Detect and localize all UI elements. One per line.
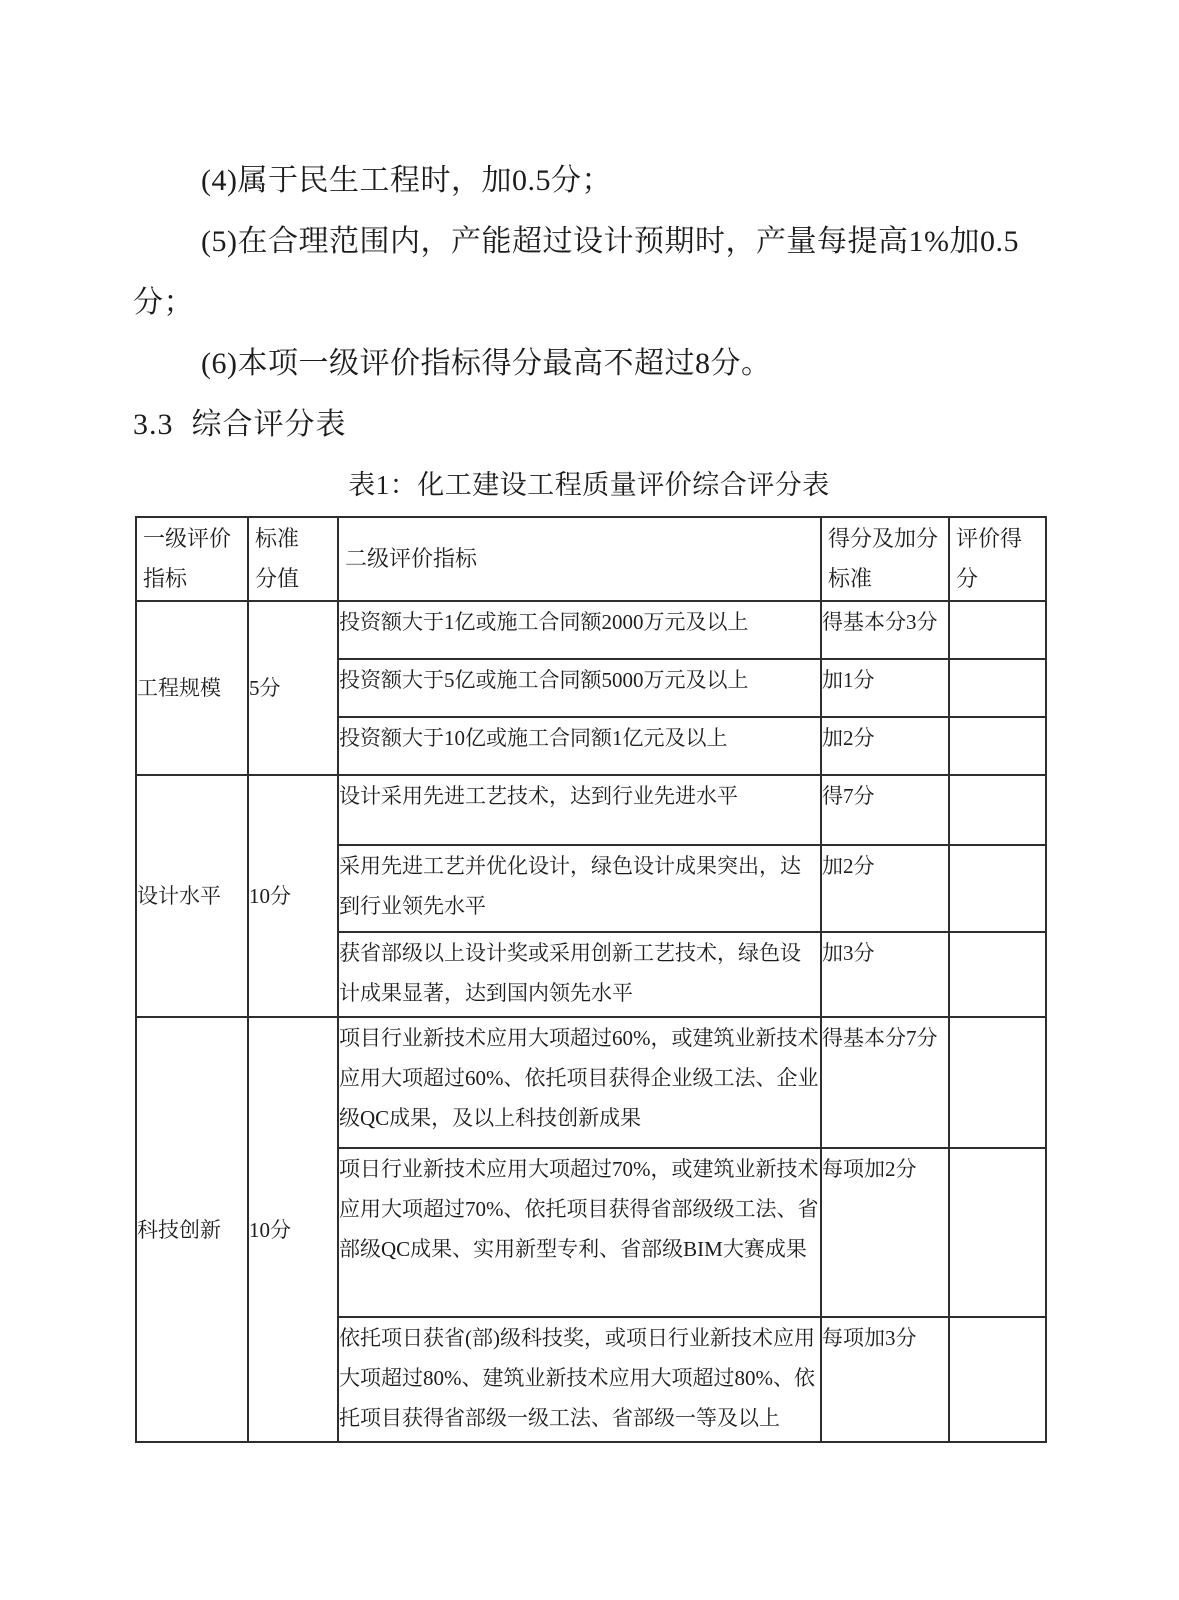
indicator-cell-project-scale: 工程规模 — [136, 601, 248, 775]
paragraph-item-5: (5)在合理范围内，产能超过设计预期时，产量每提高1%加0.5 分； — [133, 211, 1045, 333]
table-row: 科技创新 10分 项目行业新技术应用大项超过60%，或建筑业新技术应用大项超过6… — [136, 1017, 1046, 1148]
comprehensive-score-table: 一级评价 指标 标准 分值 二级评价指标 得分及加分 标准 评价得分 工程规模 … — [135, 516, 1047, 1443]
criteria-cell: 投资额大于5亿或施工合同额5000万元及以上 — [338, 659, 821, 717]
section-heading: 3.3综合评分表 — [133, 394, 1045, 455]
header-scoring-standard: 得分及加分 标准 — [821, 517, 949, 601]
table-caption: 表1：化工建设工程质量评价综合评分表 — [133, 455, 1045, 516]
criteria-cell: 项目行业新技术应用大项超过60%，或建筑业新技术应用大项超过60%、依托项目获得… — [338, 1017, 821, 1148]
result-cell — [949, 601, 1046, 659]
scoring-cell: 每项加2分 — [821, 1148, 949, 1317]
criteria-cell: 项日行业新技术应用大项超过70%，或建筑业新技术应用大项超过70%、依托项目获得… — [338, 1148, 821, 1317]
scoring-cell: 得基本分7分 — [821, 1017, 949, 1148]
scoring-cell: 得基本分3分 — [821, 601, 949, 659]
criteria-cell: 设计采用先进工艺技术，达到行业先进水平 — [338, 775, 821, 845]
header-evaluation-score: 评价得分 — [949, 517, 1046, 601]
scoring-cell: 加1分 — [821, 659, 949, 717]
result-cell — [949, 717, 1046, 775]
scoring-cell: 每项加3分 — [821, 1317, 949, 1442]
scoring-cell: 加2分 — [821, 845, 949, 932]
indicator-cell-tech-innovation: 科技创新 — [136, 1017, 248, 1442]
result-cell — [949, 659, 1046, 717]
scoring-cell: 加2分 — [821, 717, 949, 775]
header-secondary-indicator: 二级评价指标 — [338, 517, 821, 601]
section-number: 3.3 — [133, 408, 174, 441]
indicator-cell-design-level: 设计水平 — [136, 775, 248, 1017]
table-row: 设计水平 10分 设计采用先进工艺技术，达到行业先进水平 得7分 — [136, 775, 1046, 845]
section-title: 综合评分表 — [192, 408, 347, 441]
score-cell-tech-innovation: 10分 — [248, 1017, 338, 1442]
document-page: (4)属于民生工程时，加0.5分； (5)在合理范围内，产能超过设计预期时，产量… — [0, 0, 1179, 1600]
table-row: 工程规模 5分 投资额大于1亿或施工合同额2000万元及以上 得基本分3分 — [136, 601, 1046, 659]
result-cell — [949, 775, 1046, 845]
result-cell — [949, 845, 1046, 932]
criteria-cell: 投资额大于1亿或施工合同额2000万元及以上 — [338, 601, 821, 659]
result-cell — [949, 1017, 1046, 1148]
score-cell-design-level: 10分 — [248, 775, 338, 1017]
header-standard-score: 标准 分值 — [248, 517, 338, 601]
result-cell — [949, 1317, 1046, 1442]
score-cell-project-scale: 5分 — [248, 601, 338, 775]
paragraph-item-4: (4)属于民生工程时，加0.5分； — [133, 150, 1045, 211]
header-primary-indicator: 一级评价 指标 — [136, 517, 248, 601]
criteria-cell: 依托项日获省(部)级科技奖，或项日行业新技术应用大项超过80%、建筑业新技术应用… — [338, 1317, 821, 1442]
scoring-cell: 得7分 — [821, 775, 949, 845]
scoring-cell: 加3分 — [821, 932, 949, 1017]
criteria-cell: 投资额大于10亿或施工合同额1亿元及以上 — [338, 717, 821, 775]
criteria-cell: 获省部级以上设计奖或采用创新工艺技术，绿色设计成果显著，达到国内领先水平 — [338, 932, 821, 1017]
result-cell — [949, 932, 1046, 1017]
result-cell — [949, 1148, 1046, 1317]
criteria-cell: 采用先进工艺并优化设计，绿色设计成果突出，达到行业领先水平 — [338, 845, 821, 932]
table-header-row: 一级评价 指标 标准 分值 二级评价指标 得分及加分 标准 评价得分 — [136, 517, 1046, 601]
paragraph-item-6: (6)本项一级评价指标得分最高不超过8分。 — [133, 333, 1045, 394]
